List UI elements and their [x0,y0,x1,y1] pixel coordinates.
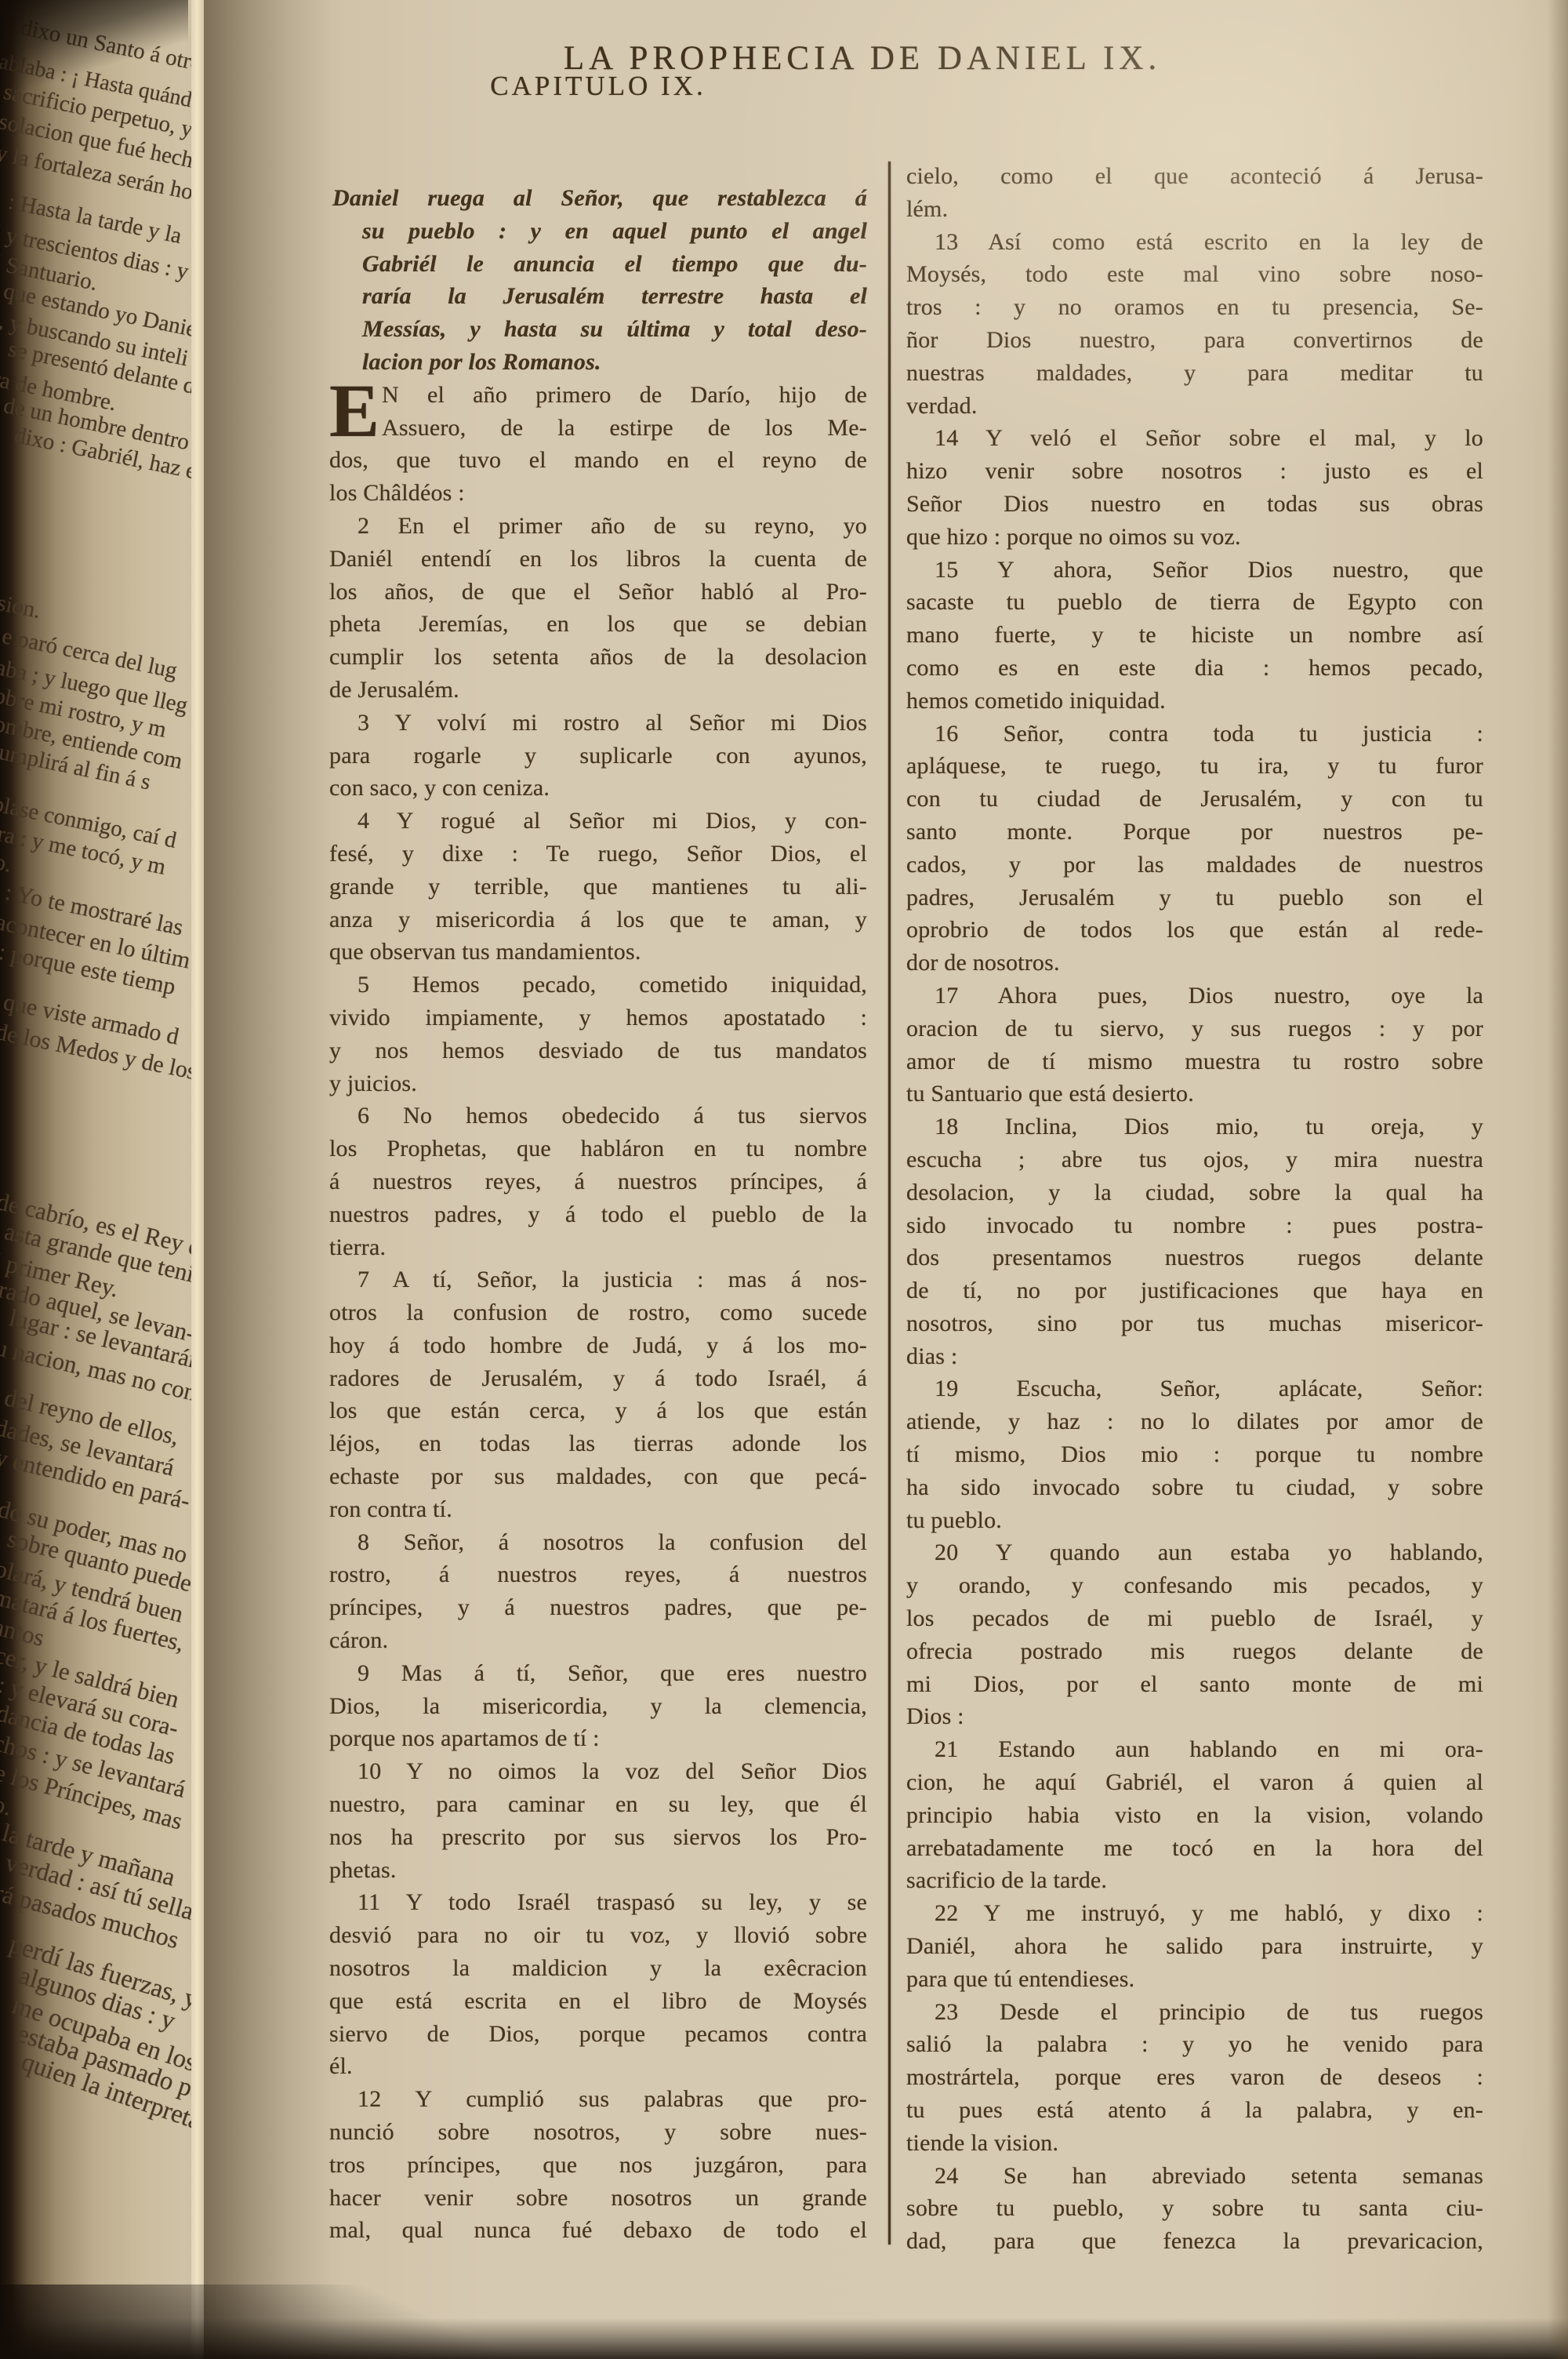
text-line: cados, y por las maldades de nuestros [906,849,1483,881]
text-line: nuestro, para caminar en su ley, que él [329,1788,867,1821]
text-line: rostro, á nuestros reyes, á nuestros [329,1558,867,1591]
text-line: cielo, como el que aconteció á Jerusa- [906,160,1483,193]
text-line: radores de Jerusalém, y á todo Israél, á [329,1362,867,1395]
verse-paragraph: 21 Estando aun hablando en mi ora-cion, … [906,1733,1483,1897]
text-line: 3 Y volví mi rostro al Señor mi Dios [329,707,867,740]
text-line: Gabriél le anuncia el tiempo que du- [329,248,867,281]
text-line: salió la palabra : y yo he venido para [906,2028,1483,2061]
text-line: sido invocado tu nombre : pues postra- [906,1209,1483,1242]
text-line: oprobrio de todos los que están al rede- [906,914,1483,947]
verse-paragraph: 16 Señor, contra toda tu justicia :apláq… [906,718,1483,980]
text-line: 22 Y me instruyó, y me habló, y dixo : [906,1897,1483,1930]
text-line: Messías, y hasta su última y total deso- [329,313,867,346]
text-line: hizo venir sobre nosotros : justo es el [906,455,1483,488]
spine-text-fragment: ision. [0,590,42,623]
gutter-shadow [204,0,341,2359]
text-line: hemos cometido iniquidad. [906,685,1483,718]
text-line: tu Santuario que está desierto. [906,1078,1483,1110]
text-line: 24 Se han abreviado setenta semanas [906,2160,1483,2193]
text-line: y nos hemos desviado de tus mandatos [329,1034,867,1067]
verse-paragraph: 20 Y quando aun estaba yo hablando,y ora… [906,1536,1483,1733]
text-line: cumplir los setenta años de la desolacio… [329,641,867,674]
text-line: arrebatadamente me tocó en la hora del [906,1832,1483,1865]
text-line: hoy á todo hombre de Judá, y á los mo- [329,1329,867,1362]
text-line: siervo de Dios, porque pecamos contra [329,2018,867,2051]
text-line: lacion por los Romanos. [329,346,867,379]
text-line: los Prophetas, que habláron en tu nombre [329,1132,867,1165]
text-line: 8 Señor, á nosotros la confusion del [329,1526,867,1559]
text-line: atiende, y haz : no lo dilates por amor … [906,1405,1483,1438]
text-line: Daniél entendí en los libros la cuenta d… [329,543,867,576]
text-line: 23 Desde el principio de tus ruegos [906,1996,1483,2029]
text-line: ron contra tí. [329,1493,867,1526]
text-line: nosotros, sino por tus muchas misericor- [906,1307,1483,1340]
text-line: como es en este dia : hemos pecado, [906,652,1483,685]
text-line: nuestras maldades, y para meditar tu [906,357,1483,390]
verse-paragraph: 14 Y veló el Señor sobre el mal, y lohiz… [906,422,1483,553]
page-right-edge-shadow [1548,0,1568,2359]
verse-paragraph: 10 Y no oimos la voz del Señor Diosnuest… [329,1755,867,1886]
text-line: los años, de que el Señor habló al Pro- [329,576,867,609]
verse-paragraph: 3 Y volví mi rostro al Señor mi Diospara… [329,707,867,805]
text-line: su pueblo : y en aquel punto el angel [329,215,867,248]
verse-paragraph: 12 Y cumplió sus palabras que pro-nunció… [329,2083,867,2247]
text-line: desolacion, y la ciudad, sobre la qual h… [906,1176,1483,1209]
text-line: los pecados de mi pueblo de Israél, y [906,1602,1483,1635]
text-line: 10 Y no oimos la voz del Señor Dios [329,1755,867,1788]
text-line: léjos, en todas las tierras adonde los [329,1427,867,1460]
page-edge-highlight [191,0,204,2359]
verse-paragraph: 13 Así como está escrito en la ley deMoy… [906,226,1483,423]
text-line: apláquese, te ruego, tu ira, y tu furor [906,750,1483,783]
verse-paragraph: 8 Señor, á nosotros la confusion delrost… [329,1526,867,1657]
text-line: echaste por sus maldades, con que pecá- [329,1460,867,1493]
text-line: pheta Jeremías, en los que se debian [329,608,867,641]
text-line: dos presentamos nuestros ruegos delante [906,1241,1483,1274]
text-line: 21 Estando aun hablando en mi ora- [906,1733,1483,1766]
text-line: nosotros la maldicion y la exêcracion [329,1952,867,1985]
verse-1-paragraph: E N el año primero de Darío, hijo deAssu… [329,379,867,510]
text-line: nos ha prescrito por sus siervos los Pro… [329,1821,867,1854]
text-line: nunció sobre nosotros, y sobre nues- [329,2116,867,2149]
left-column: CAPITULO IX. Daniel ruega al Señor, que … [329,0,867,2247]
column-divider-rule [888,162,891,2245]
text-line: Señor Dios nuestro en todas sus obras [906,488,1483,521]
text-line: tros príncipes, que nos juzgáron, para [329,2149,867,2182]
right-column: cielo, como el que aconteció á Jerusa-lé… [906,160,1483,2258]
verse-paragraph: 24 Se han abreviado setenta semanassobre… [906,2160,1483,2258]
verse-paragraph: 17 Ahora pues, Dios nuestro, oye laoraci… [906,980,1483,1110]
text-line: mostrártela, porque eres varon de deseos… [906,2061,1483,2094]
text-line: 16 Señor, contra toda tu justicia : [906,718,1483,751]
text-line: y orando, y confesando mis pecados, y [906,1569,1483,1602]
previous-page-spine-strip: dixo un Santo á otro,ablaba : ¡ Hasta qu… [0,0,202,2359]
verse-paragraph: 6 No hemos obedecido á tus siervoslos Pr… [329,1100,867,1263]
verse-paragraph: 18 Inclina, Dios mio, tu oreja, yescucha… [906,1110,1483,1372]
text-line: dor de nosotros. [906,947,1483,980]
text-line: Daniel ruega al Señor, que restablezca á [329,182,867,215]
text-line: tiende la vision. [906,2127,1483,2160]
text-line: 5 Hemos pecado, cometido iniquidad, [329,969,867,1001]
text-line: tí mismo, Dios mio : porque tu nombre [906,1438,1483,1471]
text-line: Dios : [906,1700,1483,1733]
text-line: 14 Y veló el Señor sobre el mal, y lo [906,422,1483,455]
text-line: él. [329,2050,867,2083]
text-line: tros : y no oramos en tu presencia, Se- [906,291,1483,324]
right-column-verses: cielo, como el que aconteció á Jerusa-lé… [906,160,1483,2258]
text-line: príncipes, y á nuestros padres, que pe- [329,1591,867,1624]
text-line: mal, qual nunca fué debaxo de todo el [329,2214,867,2247]
text-line: 6 No hemos obedecido á tus siervos [329,1100,867,1132]
text-line: los que están cerca, y á los que están [329,1394,867,1427]
text-line: para rogarle y suplicarle con ayunos, [329,740,867,772]
text-line: que está escrita en el libro de Moysés [329,1985,867,2018]
verse-paragraph: 15 Y ahora, Señor Dios nuestro, quesacas… [906,554,1483,718]
text-line: otros la confusion de rostro, como suced… [329,1296,867,1329]
verse-paragraph: 5 Hemos pecado, cometido iniquidad,vivid… [329,969,867,1100]
spine-text-fragment: o. [0,1791,14,1820]
text-line: Assuero, de la estirpe de los Me- [329,412,867,445]
text-line: fesé, y dixe : Te ruego, Señor Dios, el [329,838,867,871]
spine-text-fragment: o. [0,850,13,877]
text-line: tu pues está atento á la palabra, y en- [906,2094,1483,2127]
text-line: ñor Dios nuestro, para convertirnos de [906,324,1483,357]
text-line: N el año primero de Darío, hijo de [329,379,867,412]
text-line: porque nos apartamos de tí : [329,1722,867,1755]
text-line: 15 Y ahora, Señor Dios nuestro, que [906,554,1483,587]
text-line: phetas. [329,1854,867,1887]
text-line: Dios, la misericordia, y la clemencia, [329,1690,867,1723]
text-line: nuestros padres, y á todo el pueblo de l… [329,1198,867,1231]
text-line: 18 Inclina, Dios mio, tu oreja, y [906,1110,1483,1143]
text-line: sacrificio de la tarde. [906,1864,1483,1897]
text-line: que hizo : porque no oimos su voz. [906,521,1483,554]
text-line: 12 Y cumplió sus palabras que pro- [329,2083,867,2116]
text-line: sacaste tu pueblo de tierra de Egypto co… [906,586,1483,619]
text-line: 17 Ahora pues, Dios nuestro, oye la [906,980,1483,1012]
text-line: grande y terrible, que mantienes tu ali- [329,871,867,903]
text-line: 4 Y rogué al Señor mi Dios, y con- [329,805,867,838]
text-line: anza y misericordia á los que te aman, y [329,903,867,936]
text-line: 2 En el primer año de su reyno, yo [329,510,867,543]
text-line: 13 Así como está escrito en la ley de [906,226,1483,259]
text-line: de tí, no por justificaciones que haya e… [906,1274,1483,1307]
dark-corner-top-left [0,0,188,102]
text-line: 11 Y todo Israél traspasó su ley, y se [329,1886,867,1919]
book-bottom-edge-shadow [0,2318,1568,2359]
text-line: ofrecia postrado mis ruegos delante de [906,1635,1483,1668]
text-line: para que tú entendieses. [906,1963,1483,1996]
verse-paragraph: cielo, como el que aconteció á Jerusa-lé… [906,160,1483,226]
text-line: dias : [906,1340,1483,1373]
text-line: tu pueblo. [906,1504,1483,1537]
text-line: los Châldéos : [329,477,867,510]
text-line: tierra. [329,1231,867,1264]
text-line: Moysés, todo este mal vino sobre noso- [906,258,1483,291]
text-line: sobre tu pueblo, y sobre tu santa ciu- [906,2192,1483,2225]
verse-paragraph: 22 Y me instruyó, y me habló, y dixo :Da… [906,1897,1483,1995]
text-line: dos, que tuvo el mando en el reyno de [329,444,867,477]
text-line: raría la Jerusalém terrestre hasta el [329,280,867,313]
text-line: desvió para no oir tu voz, y llovió sobr… [329,1919,867,1952]
text-line: y juicios. [329,1067,867,1100]
text-line: hacer venir sobre nosotros un grande [329,2182,867,2215]
verse-paragraph: 4 Y rogué al Señor mi Dios, y con-fesé, … [329,805,867,969]
text-line: cáron. [329,1624,867,1657]
text-line: ha sido invocado sobre tu ciudad, y sobr… [906,1471,1483,1504]
left-column-verses: 2 En el primer año de su reyno, yoDaniél… [329,510,867,2247]
text-line: con saco, y con ceniza. [329,772,867,805]
verse-paragraph: 23 Desde el principio de tus ruegossalió… [906,1996,1483,2160]
text-line: 7 A tí, Señor, la justicia : mas á nos- [329,1263,867,1296]
text-line: oracion de tu siervo, y sus ruegos : y p… [906,1012,1483,1045]
text-line: escucha ; abre tus ojos, y mira nuestra [906,1143,1483,1176]
text-line: que observan tus mandamientos. [329,936,867,969]
text-line: cion, he aquí Gabriél, el varon á quien … [906,1766,1483,1799]
verse-paragraph: 7 A tí, Señor, la justicia : mas á nos-o… [329,1263,867,1525]
text-line: padres, Jerusalém y tu pueblo son el [906,881,1483,914]
text-line: principio habia visto en la vision, vola… [906,1799,1483,1832]
text-line: verdad. [906,390,1483,423]
text-line: dad, para que fenezca la prevaricacion, [906,2225,1483,2258]
verse-paragraph: 9 Mas á tí, Señor, que eres nuestroDios,… [329,1657,867,1755]
chapter-heading: CAPITULO IX. [329,69,867,104]
text-line: lém. [906,193,1483,226]
verse-paragraph: 11 Y todo Israél traspasó su ley, y sede… [329,1886,867,2083]
text-line: Daniél, ahora he salido para instruirte,… [906,1930,1483,1963]
text-line: mi Dios, por el santo monte de mi [906,1668,1483,1701]
verse-paragraph: 2 En el primer año de su reyno, yoDaniél… [329,510,867,707]
text-line: á nuestros reyes, á nuestros príncipes, … [329,1165,867,1198]
text-line: 20 Y quando aun estaba yo hablando, [906,1536,1483,1569]
text-line: vivido impiamente, y hemos apostatado : [329,1001,867,1034]
verse-paragraph: 19 Escucha, Señor, aplácate, Señor:atien… [906,1372,1483,1536]
text-line: mano fuerte, y te hiciste un nombre así [906,619,1483,652]
chapter-summary: Daniel ruega al Señor, que restablezca á… [329,182,867,379]
text-line: 19 Escucha, Señor, aplácate, Señor: [906,1372,1483,1405]
book-page-photo: dixo un Santo á otro,ablaba : ¡ Hasta qu… [0,0,1568,2359]
text-line: amor de tí mismo muestra tu rostro sobre [906,1045,1483,1078]
text-line: 9 Mas á tí, Señor, que eres nuestro [329,1657,867,1690]
text-line: santo monte. Porque por nuestros pe- [906,816,1483,849]
drop-cap-initial: E [329,379,375,443]
text-line: de Jerusalém. [329,674,867,707]
text-line: con tu ciudad de Jerusalém, y con tu [906,783,1483,816]
